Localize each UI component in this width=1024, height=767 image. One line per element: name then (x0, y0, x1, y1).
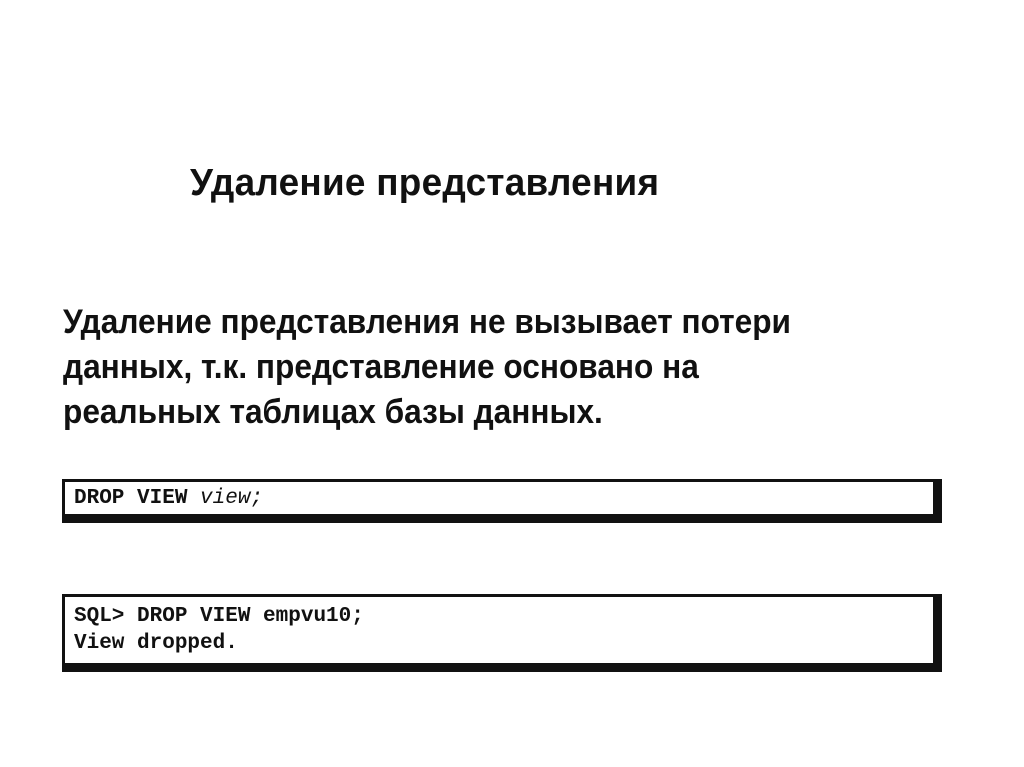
syntax-placeholder: view; (200, 487, 263, 510)
sql-prompt: SQL> (74, 605, 137, 628)
syntax-code-box: DROP VIEW view; (62, 479, 942, 523)
slide-title: Удаление представления (190, 162, 659, 205)
paragraph-line: Удаление представления не вызывает потер… (63, 300, 791, 345)
sql-command: DROP VIEW (137, 605, 263, 628)
example-code-box: SQL> DROP VIEW empvu10; View dropped. (62, 594, 942, 672)
view-name: empvu10; (263, 605, 364, 628)
paragraph-line: данных, т.к. представление основано на (63, 345, 791, 390)
syntax-keyword: DROP VIEW (74, 487, 200, 510)
syntax-line: DROP VIEW view; (74, 487, 933, 510)
example-command-line: SQL> DROP VIEW empvu10; (74, 603, 933, 630)
description-paragraph: Удаление представления не вызывает потер… (63, 300, 791, 435)
example-result-line: View dropped. (74, 630, 933, 657)
paragraph-line: реальных таблицах базы данных. (63, 390, 791, 435)
